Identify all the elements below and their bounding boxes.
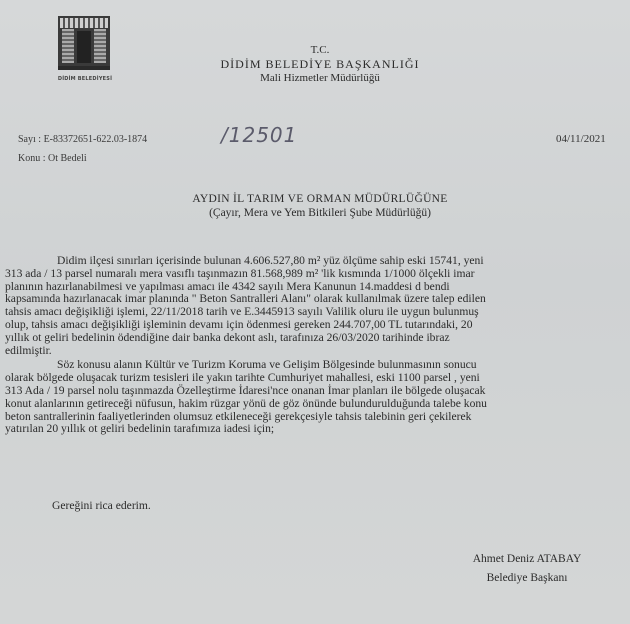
letterhead-institution: DİDİM BELEDİYE BAŞKANLIĞI	[180, 57, 460, 71]
signatory-title: Belediye Başkanı	[452, 569, 602, 588]
body-line: Didim ilçesi sınırları içerisinde buluna…	[5, 255, 630, 268]
body-line: olup, tahsis amacı değişikliği işleminin…	[5, 319, 630, 332]
paragraph-2: Söz konusu alanın Kültür ve Turizm Korum…	[5, 359, 630, 436]
addressee-sub: (Çayır, Mera ve Yem Bitkileri Şube Müdür…	[150, 206, 490, 220]
subject: Konu : Ot Bedeli	[18, 153, 87, 164]
signature-block: Ahmet Deniz ATABAY Belediye Başkanı	[452, 550, 602, 588]
body-line: edilmiştir.	[5, 345, 630, 358]
konu-value: Ot Bedeli	[48, 153, 87, 164]
closing-line: Gereğini rica ederim.	[52, 499, 151, 512]
letterhead-department: Mali Hizmetler Müdürlüğü	[180, 71, 460, 85]
logo-emblem-icon	[58, 16, 110, 70]
sayi-label: Sayı	[18, 134, 36, 145]
handwritten-number: /12501	[221, 123, 297, 147]
body-line: yatırılan 20 yıllık ot geliri bedelinin …	[5, 423, 630, 436]
municipality-logo: DİDİM BELEDİYESİ	[58, 16, 113, 74]
letterhead-tc: T.C.	[180, 43, 460, 57]
letterhead: T.C. DİDİM BELEDİYE BAŞKANLIĞI Mali Hizm…	[180, 43, 460, 85]
document-page: DİDİM BELEDİYESİ T.C. DİDİM BELEDİYE BAŞ…	[0, 0, 630, 624]
body-line: yıllık ot geliri bedelinin ödendiğine da…	[5, 332, 630, 345]
konu-label: Konu	[18, 153, 40, 164]
reference-number: Sayı : E-83372651-622.03-1874	[18, 134, 147, 145]
paragraph-1: Didim ilçesi sınırları içerisinde buluna…	[5, 255, 630, 357]
signatory-name: Ahmet Deniz ATABAY	[452, 550, 602, 569]
body-line: 313 Ada / 19 parsel nolu taşınmazda Özel…	[5, 385, 630, 398]
document-date: 04/11/2021	[556, 133, 606, 145]
body-line: 313 ada / 13 parsel numaralı mera vasıfl…	[5, 268, 630, 281]
sayi-value: E-83372651-622.03-1874	[44, 134, 148, 145]
addressee-name: AYDIN İL TARIM VE ORMAN MÜDÜRLÜĞÜNE	[150, 192, 490, 206]
addressee: AYDIN İL TARIM VE ORMAN MÜDÜRLÜĞÜNE (Çay…	[150, 192, 490, 220]
letter-body: Didim ilçesi sınırları içerisinde buluna…	[5, 255, 630, 436]
logo-caption: DİDİM BELEDİYESİ	[52, 76, 118, 82]
body-line: konut alanlarının getireceği nüfusun, ha…	[5, 398, 630, 411]
